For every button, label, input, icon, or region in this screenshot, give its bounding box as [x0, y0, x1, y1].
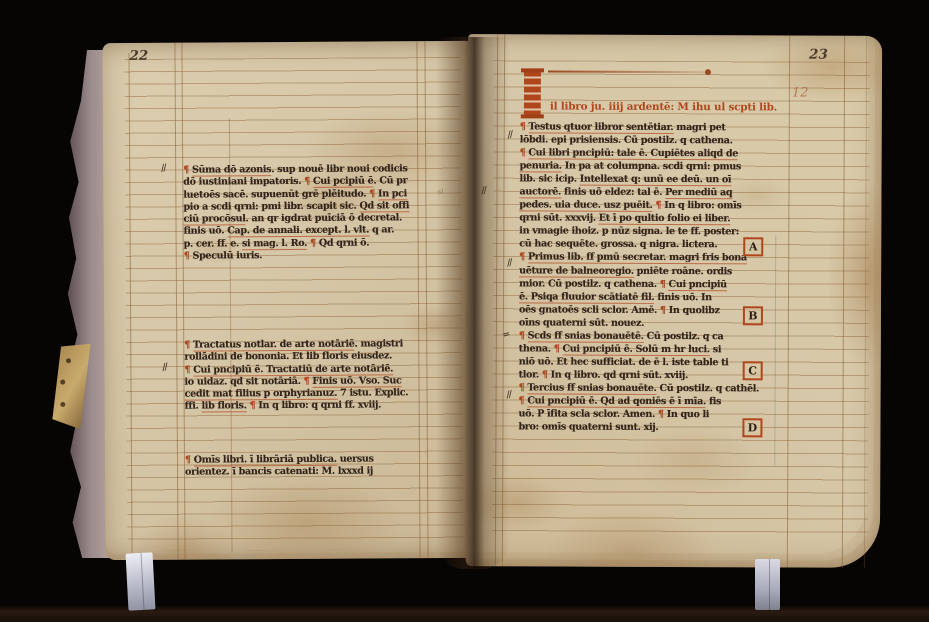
paraph-mark: ¶ — [519, 330, 525, 341]
manuscript-line: ffi. lib floris. ¶ In q libro: q qrni ff… — [185, 400, 409, 414]
ruling-vertical — [424, 41, 428, 558]
manuscript-line: ¶ Primus lib. ff pmū secretar. magri fri… — [519, 251, 760, 265]
paraph-mark: ¶ — [554, 343, 560, 354]
paraph-mark: ¶ — [519, 252, 525, 263]
text-block-azo-summa: ¶ Sūma dō azonis. sup nouē libr noui cod… — [183, 163, 409, 263]
decorated-initial-i — [524, 70, 541, 116]
margin-letter-c: C — [743, 361, 763, 380]
manuscript-line: ¶ Omīs libri. ī librāriā publica. uersus — [185, 453, 374, 466]
manuscript-line: lōbdi. epi prisiensis. Cū postilz. q cat… — [520, 133, 761, 147]
margin-caret-mark: // — [505, 390, 512, 401]
rubric-line: il libro ju. iiij ardentē: M ihu ul scpt… — [550, 100, 777, 113]
ruling-vertical — [181, 43, 185, 560]
manuscript-line: orientez. ī bancis catenati: M. lxxxd ij — [185, 466, 374, 479]
manuscript-line: auctorē. finis uō eldez: tal ē. Per medi… — [519, 186, 760, 200]
manuscript-line: ¶ Cui libri pncipiū: tale ē. Cupiētes al… — [520, 146, 761, 160]
folio-number-left: 22 — [129, 48, 148, 64]
initial-flourish — [548, 70, 708, 73]
left-page: 22 ¶ Sūma dō azonis. sup nouē libr noui … — [102, 41, 471, 560]
margin-caret-mark: // — [161, 362, 168, 373]
manuscript-line: oēs gnatoēs scli sclor. Amē. ¶ In quolib… — [519, 303, 760, 317]
margin-caret-mark: // — [507, 130, 514, 141]
manuscript-line: finis uō. Cap. de annali. except. l. vlt… — [184, 225, 410, 239]
paraph-mark: ¶ — [519, 395, 525, 406]
manuscript-line: ¶ Tercius ff snias bonauēte. Cū postilz.… — [519, 381, 760, 395]
manuscript-line: ¶ Speculū iuris. — [184, 249, 410, 263]
paraph-mark: ¶ — [184, 364, 190, 375]
manuscript-line: penuria. In pa at columpna. scdi qrni: p… — [520, 159, 761, 173]
ruling-vertical — [495, 34, 498, 566]
paraph-mark: ¶ — [542, 369, 548, 380]
paraph-mark: ¶ — [520, 147, 526, 158]
ruling-vertical — [128, 53, 132, 553]
folio-number-right: 23 — [809, 47, 828, 63]
manuscript-line: dō iustiniani impatoris. ¶ Cui pcipiū ē.… — [183, 176, 409, 190]
ruling-vertical — [502, 34, 505, 566]
paraph-mark: ¶ — [658, 409, 664, 420]
manuscript-line: pedes. uia duce. usz puēit. ¶ In q libro… — [519, 199, 760, 213]
paraph-mark: ¶ — [369, 188, 375, 199]
manuscript-line: qrni sūt. xxxvij. Et ī po qultio folio e… — [519, 212, 760, 226]
manuscript-line: bro: omīs quaterni sunt. xij. — [518, 420, 759, 434]
margin-caret-mark: // — [506, 258, 513, 269]
pencil-line — [774, 235, 776, 465]
paraph-mark: ¶ — [520, 121, 526, 132]
manuscript-line: uō. P īfita scla sclor. Amen. ¶ In quo l… — [518, 407, 759, 421]
paraph-mark: ¶ — [250, 401, 256, 412]
ruling-vertical — [842, 36, 845, 568]
manuscript-line: tlor. ¶ In q libro. qd qrni sūt. xviij. — [519, 368, 760, 382]
paraph-mark: ¶ — [184, 251, 190, 262]
paraph-mark: ¶ — [660, 305, 666, 316]
manuscript-line: mior. Cū postilz. q cathena. ¶ Cui pncip… — [519, 277, 760, 291]
ruling-vertical — [787, 35, 790, 567]
paraph-mark: ¶ — [310, 238, 316, 249]
cradle-support-left — [126, 552, 156, 610]
right-page: 23 12 il libro ju. iiij ardentē: M ihu u… — [466, 34, 882, 568]
manuscript-line: thena. ¶ Cui pncipiū ē. Solū m hr luci. … — [519, 342, 760, 356]
text-block-catalogue: ¶ Testus qtuor libror sentētiar. magri p… — [518, 120, 760, 434]
text-block-rolandinus: ¶ Tractatus notlar. de arte notāriē. mag… — [184, 338, 408, 413]
margin-letter-d: D — [742, 418, 762, 437]
paraph-mark: ¶ — [660, 279, 666, 290]
margin-letters — [468, 34, 882, 36]
margin-marks-left — [102, 41, 468, 43]
manuscript-photo: 22 ¶ Sūma dō azonis. sup nouē libr noui … — [0, 0, 929, 622]
manuscript-line: lib. sic icip. Intellexat q: unū ee deū.… — [520, 173, 761, 187]
paraph-mark: ¶ — [304, 376, 310, 387]
margin-letter-a: A — [743, 237, 763, 256]
margin-caret-mark: = — [502, 330, 511, 341]
manuscript-line: in vmagie ihoiz. p nūz signa. le te ff. … — [519, 225, 760, 239]
paraph-mark: ¶ — [304, 176, 310, 187]
text-block-library-note: ¶ Omīs libri. ī librāriā publica. uersus… — [185, 453, 374, 479]
manuscript-line: ¶ Testus qtuor libror sentētiar. magri p… — [520, 120, 761, 134]
ruling-vertical — [864, 36, 867, 568]
paraph-mark: ¶ — [184, 340, 190, 351]
margin-note: si — [437, 187, 445, 197]
manuscript-line: niō uō. Et hec sufficiat. de ē l. iste t… — [519, 355, 760, 369]
manuscript-line: rollādini de bononia. Et lib floris eius… — [184, 351, 408, 365]
ruling-vertical — [416, 41, 420, 558]
manuscript-line: cū hac sequēte. grossa. q nigra. lictera… — [519, 238, 760, 252]
margin-caret-mark: // — [160, 163, 167, 174]
paraph-mark: ¶ — [183, 165, 189, 176]
cradle-support-right — [755, 559, 780, 610]
margin-letter-b: B — [743, 306, 763, 325]
manuscript-line: oīns quaterni sūt. nouez. — [519, 316, 760, 330]
paraph-mark: ¶ — [656, 200, 662, 211]
pencil-folio-number: 12 — [792, 86, 809, 101]
ruling-vertical — [174, 43, 178, 560]
manuscript-line: uēture de balneoregio. pniēte roāne. ord… — [519, 264, 760, 278]
manuscript-line: ē. Psiqa fluuior scātiatē fil. finis uō.… — [519, 290, 760, 304]
manuscript-line: ¶ Scds ff snias bonauētē. Cū postilz. q … — [519, 329, 760, 343]
margin-marks-right — [468, 34, 882, 36]
paraph-mark: ¶ — [185, 455, 191, 466]
margin-caret-mark: // — [480, 186, 487, 197]
paraph-mark: ¶ — [519, 382, 525, 393]
manuscript-line: ¶ Cui pncipiū ē. Qd ad qoniēs ē ī mīa. f… — [519, 394, 760, 408]
